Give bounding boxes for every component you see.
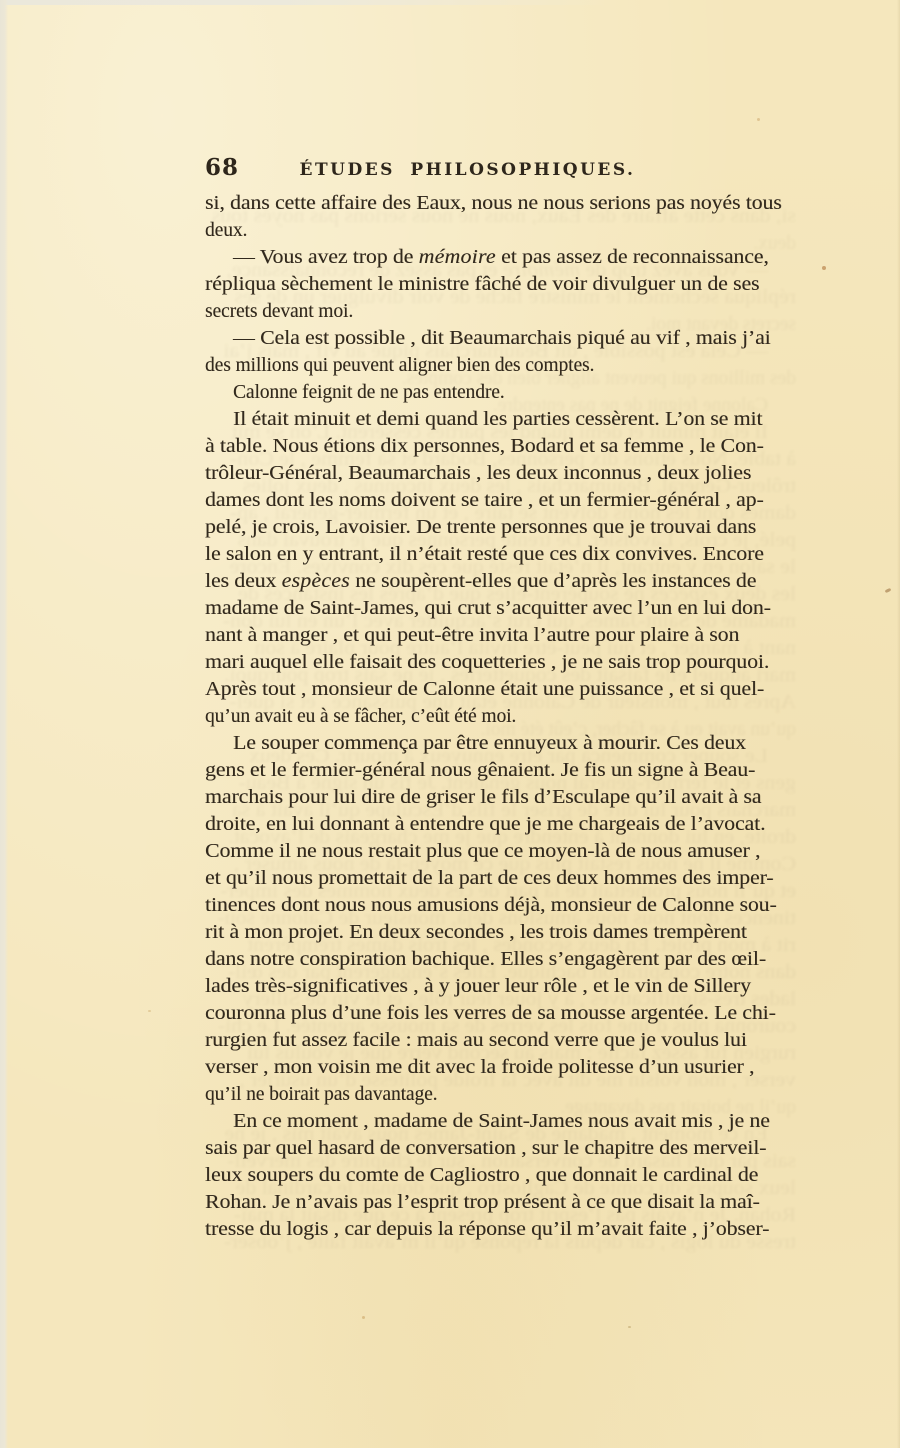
text-line: à table. Nous étions dix personnes, Boda…: [205, 433, 800, 460]
text-line: Après tout , monsieur de Calonne était u…: [205, 676, 800, 703]
paper-speck: [628, 1326, 631, 1328]
text-line: Comme il ne nous restait plus que ce moy…: [205, 838, 800, 865]
text-line: tinences dont nous nous amusions déjà, m…: [205, 892, 800, 919]
text-line: madame de Saint-James, qui crut s’acquit…: [205, 595, 800, 622]
paper-speck: [822, 266, 826, 270]
text-line: mari auquel elle faisait des coquetterie…: [205, 649, 800, 676]
text-line: rurgien fut assez facile : mais au secon…: [205, 1027, 800, 1054]
text-line: pelé, je crois, Lavoisier. De trente per…: [205, 514, 800, 541]
text-line: répliqua sèchement le ministre fâché de …: [205, 271, 800, 298]
text-line: couronna plus d’une fois les verres de s…: [205, 1000, 800, 1027]
text-line: sais par quel hasard de conversation , s…: [205, 1135, 800, 1162]
text-line: Rohan. Je n’avais pas l’esprit trop prés…: [205, 1189, 800, 1216]
text-line: marchais pour lui dire de griser le fils…: [205, 784, 800, 811]
text-line: Le souper commença par être ennuyeux à m…: [205, 730, 800, 757]
text-line: tresse du logis , car depuis la réponse …: [205, 1216, 800, 1243]
text-line: leux soupers du comte de Cagliostro , qu…: [205, 1162, 800, 1189]
page-edge-top: [0, 0, 612, 5]
running-title: ÉTUDES PHILOSOPHIQUES.: [245, 159, 690, 181]
text-line: qu’un avait eu à se fâcher, c’eût été mo…: [205, 703, 800, 730]
text-line: droite, en lui donnant à entendre que je…: [205, 811, 800, 838]
text-line: qu’il ne boirait pas davantage.: [205, 1081, 800, 1108]
text-line: le salon en y entrant, il n’était resté …: [205, 541, 800, 568]
text-line: gens et le fermier-général nous gênaient…: [205, 757, 800, 784]
paper-speck: [757, 118, 760, 121]
text-line: En ce moment , madame de Saint-James nou…: [205, 1108, 800, 1135]
page-text: si, dans cette affaire des Eaux, nous ne…: [205, 190, 800, 1243]
paper-speck: [885, 588, 892, 593]
page-number: 68: [205, 155, 239, 181]
text-line: si, dans cette affaire des Eaux, nous ne…: [205, 190, 800, 217]
text-line: dames dont les noms doivent se taire , e…: [205, 487, 800, 514]
text-line: Il était minuit et demi quand les partie…: [205, 406, 800, 433]
page-edge-left: [0, 0, 8, 1448]
text-line: — Vous avez trop de mémoire et pas assez…: [205, 244, 800, 271]
paper-speck: [148, 1010, 151, 1012]
text-line: verser , mon voisin me dit avec la froid…: [205, 1054, 800, 1081]
text-line: deux.: [205, 217, 800, 244]
text-line: rit à mon projet. En deux secondes , les…: [205, 919, 800, 946]
text-line: des millions qui peuvent aligner bien de…: [205, 352, 800, 379]
text-line: trôleur-Général, Beaumarchais , les deux…: [205, 460, 800, 487]
text-line: et qu’il nous promettait de la part de c…: [205, 865, 800, 892]
paper-speck: [362, 1316, 365, 1319]
scanned-book-page: si, dans cette affaire des Eaux, nous ne…: [0, 0, 900, 1448]
text-line: — Cela est possible , dit Beaumarchais p…: [205, 325, 800, 352]
page-header: 68 ÉTUDES PHILOSOPHIQUES.: [205, 155, 800, 185]
text-line: Calonne feignit de ne pas entendre.: [205, 379, 800, 406]
text-line: les deux espèces ne soupèrent-elles que …: [205, 568, 800, 595]
text-line: nant à manger , et qui peut-être invita …: [205, 622, 800, 649]
text-line: lades très-significatives , à y jouer le…: [205, 973, 800, 1000]
text-line: secrets devant moi.: [205, 298, 800, 325]
text-line: dans notre conspiration bachique. Elles …: [205, 946, 800, 973]
